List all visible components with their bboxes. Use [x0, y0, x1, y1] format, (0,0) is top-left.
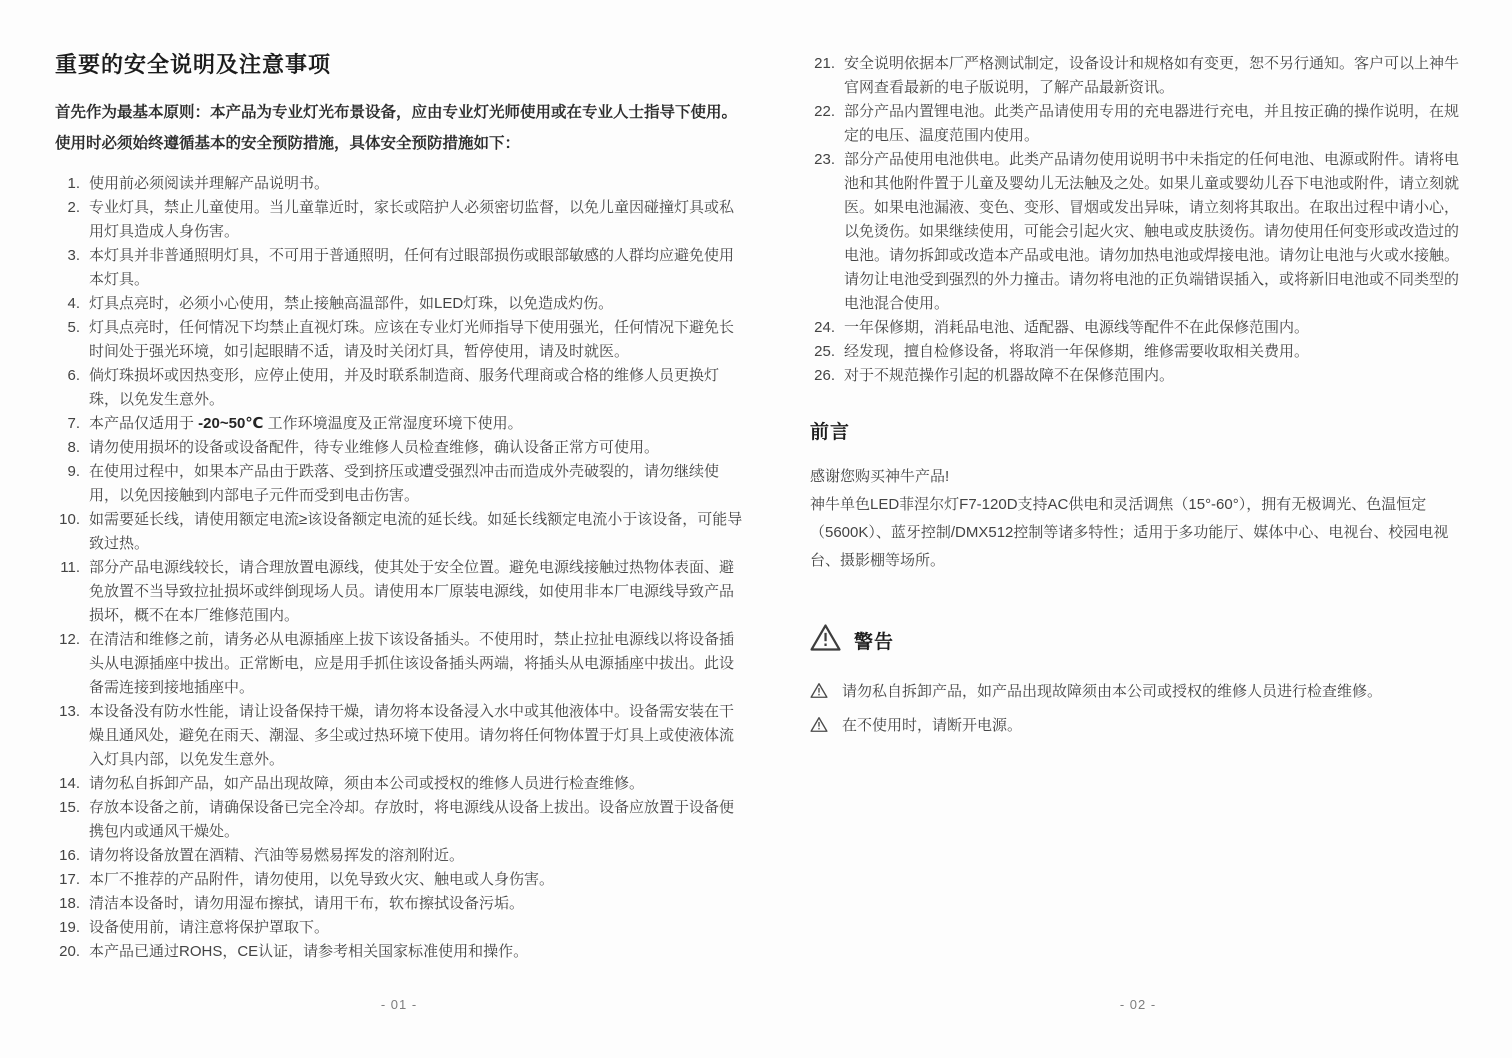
- item-number: 3.: [55, 244, 80, 292]
- item-number: 1.: [55, 172, 80, 196]
- page-number-left: - 01 -: [55, 997, 743, 1012]
- item-text: 清洁本设备时，请勿用湿布擦拭，请用干布，软布擦拭设备污垢。: [89, 892, 743, 916]
- safety-list-item: 19. 设备使用前，请注意将保护罩取下。: [55, 916, 743, 940]
- safety-list-item: 11. 部分产品电源线较长，请合理放置电源线，使其处于安全位置。避免电源线接触过…: [55, 556, 743, 628]
- item-number: 19.: [55, 916, 80, 940]
- item-text: 本产品已通过ROHS，CE认证，请参考相关国家标准使用和操作。: [89, 940, 743, 964]
- item-text: 使用前必须阅读并理解产品说明书。: [89, 172, 743, 196]
- item-text: 如需要延长线，请使用额定电流≥该设备额定电流的延长线。如延长线额定电流小于该设备…: [89, 508, 743, 556]
- item-text: 存放本设备之前，请确保设备已完全冷却。存放时，将电源线从设备上拔出。设备应放置于…: [89, 796, 743, 844]
- safety-list-item: 9. 在使用过程中，如果本产品由于跌落、受到挤压或遭受强烈冲击而造成外壳破裂的，…: [55, 460, 743, 508]
- item-text: 专业灯具，禁止儿童使用。当儿童靠近时，家长或陪护人必须密切监督，以免儿童因碰撞灯…: [89, 196, 743, 244]
- warning-title: 警告: [854, 627, 894, 654]
- item-text: 请勿私自拆卸产品，如产品出现故障，须由本公司或授权的维修人员进行检查维修。: [89, 772, 743, 796]
- item-number: 22.: [810, 100, 835, 148]
- safety-list-item: 20. 本产品已通过ROHS，CE认证，请参考相关国家标准使用和操作。: [55, 940, 743, 964]
- warning-text: 请勿私自拆卸产品，如产品出现故障须由本公司或授权的维修人员进行检查维修。: [842, 681, 1382, 703]
- warning-item: 在不使用时，请断开电源。: [810, 715, 1466, 740]
- item-number: 2.: [55, 196, 80, 244]
- safety-list-item: 3. 本灯具并非普通照明灯具，不可用于普通照明，任何有过眼部损伤或眼部敏感的人群…: [55, 244, 743, 292]
- intro-paragraph: 首先作为最基本原则：本产品为专业灯光布景设备，应由专业灯光师使用或在专业人士指导…: [55, 97, 743, 159]
- item-text: 部分产品使用电池供电。此类产品请勿使用说明书中未指定的任何电池、电源或附件。请将…: [844, 148, 1466, 316]
- page-02: 21. 安全说明依据本厂严格测试制定，设备设计和规格如有变更，恕不另行通知。客户…: [810, 0, 1466, 1058]
- preface-title: 前言: [810, 420, 1466, 446]
- item-number: 6.: [55, 364, 80, 412]
- safety-list-item: 18. 清洁本设备时，请勿用湿布擦拭，请用干布，软布擦拭设备污垢。: [55, 892, 743, 916]
- warning-triangle-icon: [810, 716, 828, 740]
- item-number: 10.: [55, 508, 80, 556]
- item-text: 对于不规范操作引起的机器故障不在保修范围内。: [844, 364, 1466, 388]
- safety-list-item: 21. 安全说明依据本厂严格测试制定，设备设计和规格如有变更，恕不另行通知。客户…: [810, 52, 1466, 100]
- preface-thanks-line: 感谢您购买神牛产品!: [810, 463, 1466, 491]
- item-text: 部分产品电源线较长，请合理放置电源线，使其处于安全位置。避免电源线接触过热物体表…: [89, 556, 743, 628]
- page-number-right: - 02 -: [810, 997, 1466, 1012]
- item-number: 15.: [55, 796, 80, 844]
- item-text: 部分产品内置锂电池。此类产品请使用专用的充电器进行充电，并且按正确的操作说明，在…: [844, 100, 1466, 148]
- warning-text: 在不使用时，请断开电源。: [842, 715, 1022, 737]
- safety-list-21-26: 21. 安全说明依据本厂严格测试制定，设备设计和规格如有变更，恕不另行通知。客户…: [810, 52, 1466, 388]
- item-number: 16.: [55, 844, 80, 868]
- safety-list-item: 10. 如需要延长线，请使用额定电流≥该设备额定电流的延长线。如延长线额定电流小…: [55, 508, 743, 556]
- item-text: 设备使用前，请注意将保护罩取下。: [89, 916, 743, 940]
- safety-list-item: 1. 使用前必须阅读并理解产品说明书。: [55, 172, 743, 196]
- safety-list-item: 4. 灯具点亮时，必须小心使用，禁止接触高温部件，如LED灯珠，以免造成灼伤。: [55, 292, 743, 316]
- item-text: 灯具点亮时，必须小心使用，禁止接触高温部件，如LED灯珠，以免造成灼伤。: [89, 292, 743, 316]
- page-title: 重要的安全说明及注意事项: [55, 50, 743, 80]
- item-number: 13.: [55, 700, 80, 772]
- safety-list-item: 22. 部分产品内置锂电池。此类产品请使用专用的充电器进行充电，并且按正确的操作…: [810, 100, 1466, 148]
- item-text: 倘灯珠损坏或因热变形，应停止使用，并及时联系制造商、服务代理商或合格的维修人员更…: [89, 364, 743, 412]
- item-text: 请勿使用损坏的设备或设备配件，待专业维修人员检查维修，确认设备正常方可使用。: [89, 436, 743, 460]
- safety-list-item: 23. 部分产品使用电池供电。此类产品请勿使用说明书中未指定的任何电池、电源或附…: [810, 148, 1466, 316]
- safety-list-1-20: 1. 使用前必须阅读并理解产品说明书。 2. 专业灯具，禁止儿童使用。当儿童靠近…: [55, 172, 743, 964]
- safety-list-item: 6. 倘灯珠损坏或因热变形，应停止使用，并及时联系制造商、服务代理商或合格的维修…: [55, 364, 743, 412]
- item-number: 4.: [55, 292, 80, 316]
- item-text: 一年保修期，消耗品电池、适配器、电源线等配件不在此保修范围内。: [844, 316, 1466, 340]
- safety-list-item: 12. 在清洁和维修之前，请务必从电源插座上拔下该设备插头。不使用时，禁止拉扯电…: [55, 628, 743, 700]
- safety-list-item: 14. 请勿私自拆卸产品，如产品出现故障，须由本公司或授权的维修人员进行检查维修…: [55, 772, 743, 796]
- item-number: 12.: [55, 628, 80, 700]
- item-number: 17.: [55, 868, 80, 892]
- item-number: 26.: [810, 364, 835, 388]
- warning-list: 请勿私自拆卸产品，如产品出现故障须由本公司或授权的维修人员进行检查维修。 在不使…: [810, 681, 1466, 740]
- item-text: 本灯具并非普通照明灯具，不可用于普通照明，任何有过眼部损伤或眼部敏感的人群均应避…: [89, 244, 743, 292]
- item-text: 灯具点亮时，任何情况下均禁止直视灯珠。应该在专业灯光师指导下使用强光，任何情况下…: [89, 316, 743, 364]
- item-text: 经发现，擅自检修设备，将取消一年保修期，维修需要收取相关费用。: [844, 340, 1466, 364]
- item-text: 本产品仅适用于 -20~50℃ 工作环境温度及正常湿度环境下使用。: [89, 412, 743, 436]
- safety-list-item: 26. 对于不规范操作引起的机器故障不在保修范围内。: [810, 364, 1466, 388]
- warning-triangle-icon: [810, 682, 828, 706]
- item-text: 本设备没有防水性能，请让设备保持干燥，请勿将本设备浸入水中或其他液体中。设备需安…: [89, 700, 743, 772]
- item-text: 在清洁和维修之前，请务必从电源插座上拔下该设备插头。不使用时，禁止拉扯电源线以将…: [89, 628, 743, 700]
- safety-list-item: 15. 存放本设备之前，请确保设备已完全冷却。存放时，将电源线从设备上拔出。设备…: [55, 796, 743, 844]
- item-text: 请勿将设备放置在酒精、汽油等易燃易挥发的溶剂附近。: [89, 844, 743, 868]
- safety-list-item: 17. 本厂不推荐的产品附件，请勿使用，以免导致火灾、触电或人身伤害。: [55, 868, 743, 892]
- item-number: 8.: [55, 436, 80, 460]
- preface-body: 神牛单色LED菲涅尔灯F7-120D支持AC供电和灵活调焦（15°-60°），拥…: [810, 491, 1466, 575]
- safety-list-item: 24. 一年保修期，消耗品电池、适配器、电源线等配件不在此保修范围内。: [810, 316, 1466, 340]
- item-number: 9.: [55, 460, 80, 508]
- warning-section-header: 警告: [810, 623, 1466, 657]
- item-number: 18.: [55, 892, 80, 916]
- item-number: 11.: [55, 556, 80, 628]
- safety-list-item: 25. 经发现，擅自检修设备，将取消一年保修期，维修需要收取相关费用。: [810, 340, 1466, 364]
- item-number: 7.: [55, 412, 80, 436]
- item-number: 21.: [810, 52, 835, 100]
- item-number: 23.: [810, 148, 835, 316]
- safety-list-item: 5. 灯具点亮时，任何情况下均禁止直视灯珠。应该在专业灯光师指导下使用强光，任何…: [55, 316, 743, 364]
- safety-list-item: 16. 请勿将设备放置在酒精、汽油等易燃易挥发的溶剂附近。: [55, 844, 743, 868]
- item-number: 5.: [55, 316, 80, 364]
- page-01: 重要的安全说明及注意事项 首先作为最基本原则：本产品为专业灯光布景设备，应由专业…: [55, 0, 743, 1058]
- item-text: 安全说明依据本厂严格测试制定，设备设计和规格如有变更，恕不另行通知。客户可以上神…: [844, 52, 1466, 100]
- safety-list-item: 13. 本设备没有防水性能，请让设备保持干燥，请勿将本设备浸入水中或其他液体中。…: [55, 700, 743, 772]
- item-text: 本厂不推荐的产品附件，请勿使用，以免导致火灾、触电或人身伤害。: [89, 868, 743, 892]
- item-number: 24.: [810, 316, 835, 340]
- item-text: 在使用过程中，如果本产品由于跌落、受到挤压或遭受强烈冲击而造成外壳破裂的，请勿继…: [89, 460, 743, 508]
- warning-triangle-icon: [810, 623, 841, 657]
- safety-list-item: 8. 请勿使用损坏的设备或设备配件，待专业维修人员检查维修，确认设备正常方可使用…: [55, 436, 743, 460]
- safety-list-item: 2. 专业灯具，禁止儿童使用。当儿童靠近时，家长或陪护人必须密切监督，以免儿童因…: [55, 196, 743, 244]
- manual-spread: 重要的安全说明及注意事项 首先作为最基本原则：本产品为专业灯光布景设备，应由专业…: [0, 0, 1512, 1058]
- warning-item: 请勿私自拆卸产品，如产品出现故障须由本公司或授权的维修人员进行检查维修。: [810, 681, 1466, 706]
- safety-list-item: 7. 本产品仅适用于 -20~50℃ 工作环境温度及正常湿度环境下使用。: [55, 412, 743, 436]
- item-number: 20.: [55, 940, 80, 964]
- item-number: 14.: [55, 772, 80, 796]
- item-number: 25.: [810, 340, 835, 364]
